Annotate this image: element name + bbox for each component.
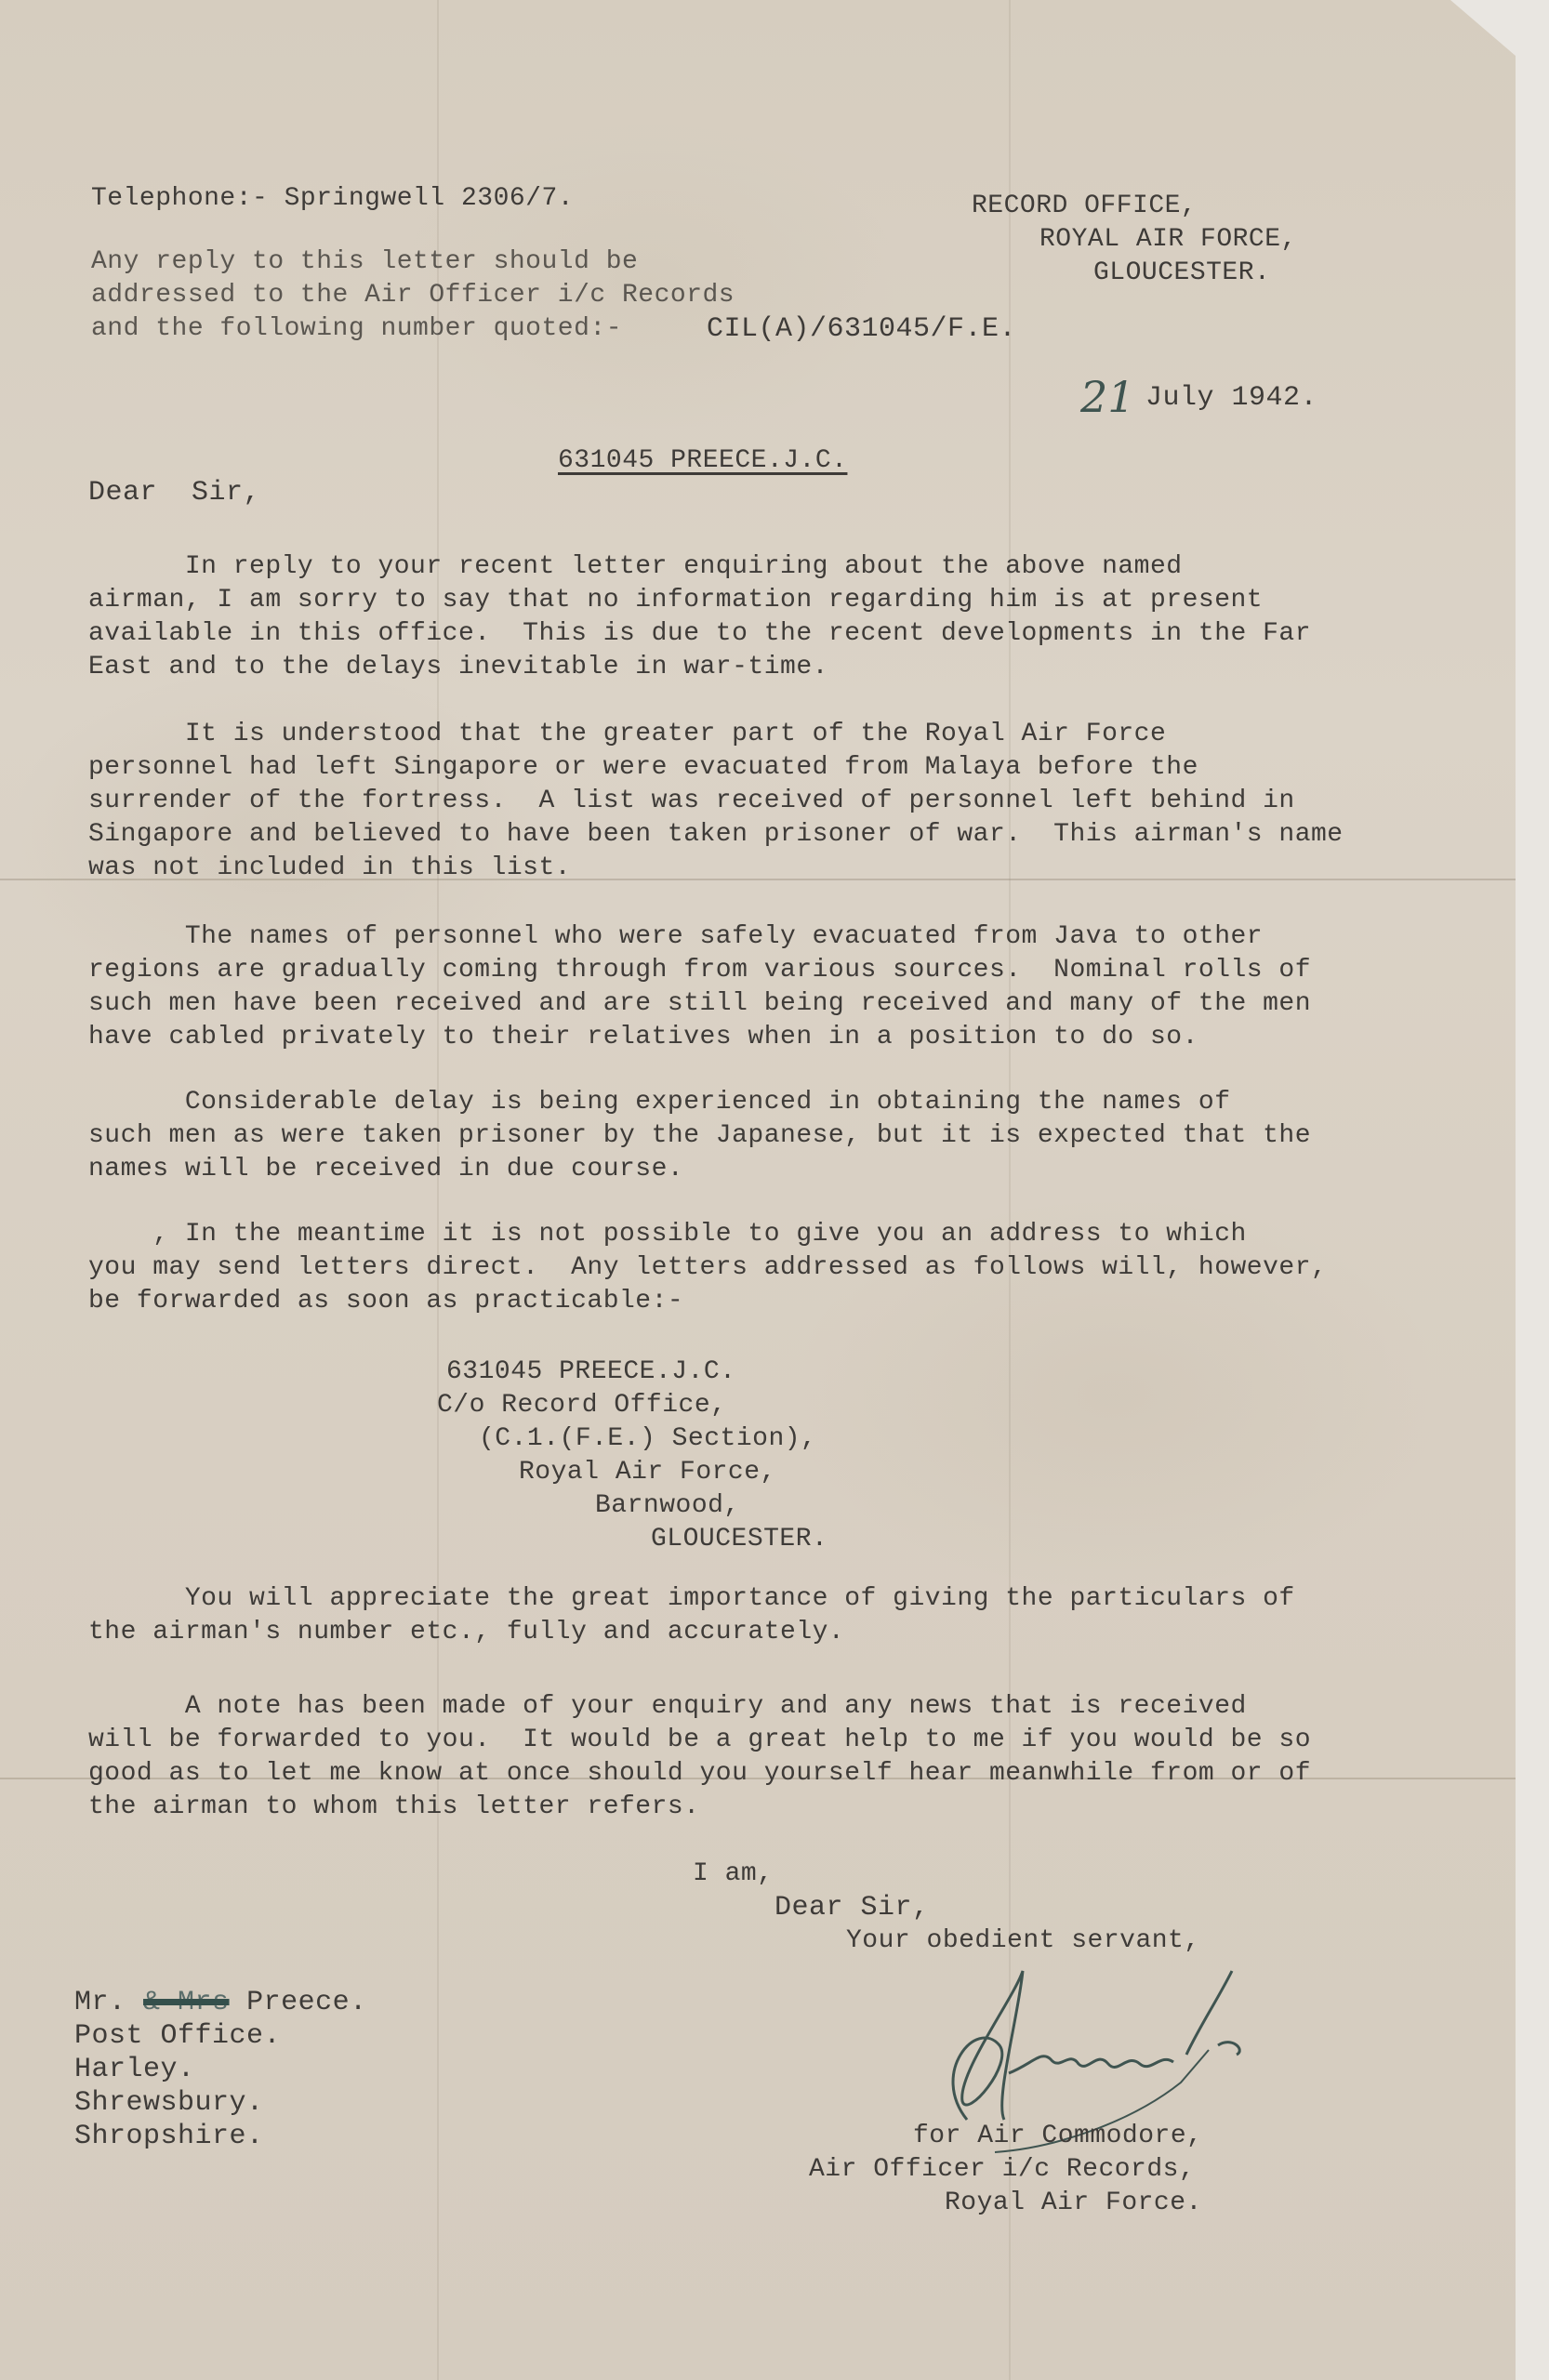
body-line: Considerable delay is being experienced … xyxy=(88,1086,1231,1119)
signatory-title-line: for Air Commodore, xyxy=(913,2120,1202,2153)
forwarding-address-line: 631045 PREECE.J.C. xyxy=(446,1355,735,1389)
body-line: In reply to your recent letter enquiring… xyxy=(88,550,1183,584)
body-line: surrender of the fortress. A list was re… xyxy=(88,785,1295,818)
body-line: The names of personnel who were safely e… xyxy=(88,920,1263,954)
recipient-address-line: Harley. xyxy=(74,2053,195,2086)
date-day-handwritten: 21 xyxy=(1080,372,1135,422)
forwarding-address-line: Barnwood, xyxy=(595,1489,740,1523)
struck-out-text: & Mrs xyxy=(143,1987,230,2018)
body-line: will be forwarded to you. It would be a … xyxy=(88,1724,1311,1757)
body-line: Singapore and believed to have been take… xyxy=(88,818,1344,852)
signatory-title-line: Air Officer i/c Records, xyxy=(809,2153,1195,2187)
body-line: regions are gradually coming through fro… xyxy=(88,954,1311,987)
reply-instruction-line: addressed to the Air Officer i/c Records xyxy=(91,279,735,312)
body-line: You will appreciate the great importance… xyxy=(88,1582,1295,1616)
office-line: ROYAL AIR FORCE, xyxy=(1039,223,1297,257)
body-line: personnel had left Singapore or were eva… xyxy=(88,751,1198,785)
office-line: RECORD OFFICE, xyxy=(972,190,1197,223)
reply-instruction-line: Any reply to this letter should be xyxy=(91,245,638,279)
recipient-address-line: Post Office. xyxy=(74,2019,281,2053)
letter-page: Telephone:- Springwell 2306/7. Any reply… xyxy=(0,0,1516,2380)
closing-line: I am, xyxy=(693,1858,774,1891)
recipient-name: Mr. & Mrs Preece. xyxy=(74,1986,367,2019)
body-line: be forwarded as soon as practicable:- xyxy=(88,1285,683,1318)
forwarding-address-line: (C.1.(F.E.) Section), xyxy=(479,1422,816,1456)
forwarding-address-line: Royal Air Force, xyxy=(519,1456,776,1489)
recipient-prefix: Mr. xyxy=(74,1987,126,2018)
reply-instruction-line: and the following number quoted:- xyxy=(91,312,622,346)
telephone-line: Telephone:- Springwell 2306/7. xyxy=(91,182,574,216)
body-line: East and to the delays inevitable in war… xyxy=(88,651,828,684)
body-line: was not included in this list. xyxy=(88,852,571,885)
body-line: such men as were taken prisoner by the J… xyxy=(88,1119,1311,1153)
body-line: the airman's number etc., fully and accu… xyxy=(88,1616,844,1649)
body-line: airman, I am sorry to say that no inform… xyxy=(88,584,1263,617)
body-line: available in this office. This is due to… xyxy=(88,617,1311,651)
body-line: have cabled privately to their relatives… xyxy=(88,1021,1198,1054)
recipient-surname: Preece. xyxy=(246,1987,367,2018)
body-line: the airman to whom this letter refers. xyxy=(88,1791,700,1824)
body-line: It is understood that the greater part o… xyxy=(88,718,1166,751)
body-line: such men have been received and are stil… xyxy=(88,987,1311,1021)
body-line: names will be received in due course. xyxy=(88,1153,683,1186)
salutation: Dear Sir, xyxy=(88,476,260,509)
body-line: , In the meantime it is not possible to … xyxy=(88,1218,1247,1251)
body-line: good as to let me know at once should yo… xyxy=(88,1757,1311,1791)
recipient-address-line: Shropshire. xyxy=(74,2120,264,2153)
closing-line: Your obedient servant, xyxy=(846,1924,1200,1958)
signatory-title-line: Royal Air Force. xyxy=(945,2187,1202,2220)
closing-line: Dear Sir, xyxy=(774,1891,930,1924)
date-text: July 1942. xyxy=(1145,381,1317,415)
forwarding-address-line: GLOUCESTER. xyxy=(651,1523,827,1556)
reference-number: CIL(A)/631045/F.E. xyxy=(707,312,1016,346)
body-line: A note has been made of your enquiry and… xyxy=(88,1690,1247,1724)
subject-line: 631045 PREECE.J.C. xyxy=(558,444,847,478)
recipient-address-line: Shrewsbury. xyxy=(74,2086,264,2120)
office-line: GLOUCESTER. xyxy=(1093,257,1270,290)
body-line: you may send letters direct. Any letters… xyxy=(88,1251,1327,1285)
paper-crease xyxy=(437,0,439,2380)
forwarding-address-line: C/o Record Office, xyxy=(437,1389,726,1422)
